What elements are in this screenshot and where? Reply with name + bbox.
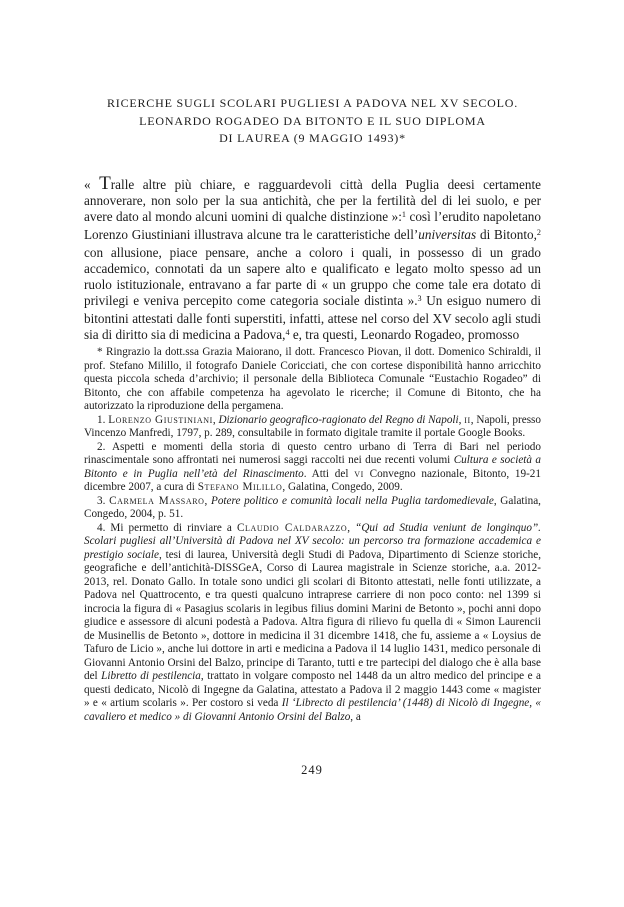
footnote-3: 3. Carmela Massaro, Potere politico e co…	[84, 495, 541, 522]
article-title-line-1: RICERCHE SUGLI SCOLARI PUGLIESI A PADOVA…	[84, 95, 541, 113]
footnote-1: 1. Lorenzo Giustiniani, Dizionario geogr…	[84, 414, 541, 441]
text-segment: 4. Mi permetto di rinviare a	[97, 522, 237, 534]
text-segment: vi	[354, 468, 364, 480]
document-page: RICERCHE SUGLI SCOLARI PUGLIESI A PADOVA…	[0, 0, 624, 907]
footnote-2: 2. Aspetti e momenti della storia di que…	[84, 441, 541, 495]
text-segment: 3	[418, 294, 422, 303]
text-segment: , a	[350, 711, 361, 723]
text-segment: universitas	[418, 227, 476, 242]
footnote-4: 4. Mi permetto di rinviare a Claudio Cal…	[84, 522, 541, 725]
text-segment: , tesi di laurea, Università degli Studi…	[84, 549, 541, 683]
text-segment: Carmela Massaro	[109, 495, 204, 507]
text-segment: «	[84, 177, 99, 192]
text-segment: 1	[402, 210, 406, 219]
text-segment: * Ringrazio la dott.ssa Grazia Maiorano,…	[84, 346, 541, 412]
article-title-line-3: DI LAUREA (9 MAGGIO 1493)*	[84, 130, 541, 148]
footnotes-block: * Ringrazio la dott.ssa Grazia Maiorano,…	[84, 346, 541, 724]
article-title: RICERCHE SUGLI SCOLARI PUGLIESI A PADOVA…	[84, 95, 541, 148]
article-title-line-2: LEONARDO ROGADEO DA BITONTO E IL SUO DIP…	[84, 113, 541, 131]
text-segment: Stefano Milillo	[198, 481, 283, 493]
text-segment: . Atti del	[304, 468, 355, 480]
footnote-asterisk: * Ringrazio la dott.ssa Grazia Maiorano,…	[84, 346, 541, 414]
page-number: 249	[0, 763, 624, 778]
text-segment: ,	[347, 522, 355, 534]
text-segment: Potere politico e comunità locali nella …	[211, 495, 494, 507]
text-segment: 4	[285, 328, 289, 337]
text-segment: Claudio Caldarazzo	[237, 522, 347, 534]
text-segment: Libretto di pestilencia	[101, 670, 201, 682]
text-segment: Dizionario geografico-ragionato del Regn…	[218, 414, 458, 426]
text-segment: e, tra questi, Leonardo Rogadeo, promoss…	[290, 327, 520, 342]
text-segment: , Galatina, Congedo, 2009.	[282, 481, 402, 493]
text-segment: T	[99, 173, 111, 194]
body-paragraph: « Tralle altre più chiare, e ragguardevo…	[84, 174, 541, 344]
text-segment: di Bitonto,	[476, 227, 537, 242]
text-segment: 3.	[97, 495, 109, 507]
text-segment: 1.	[97, 414, 108, 426]
text-segment: 2	[537, 228, 541, 237]
text-segment: Lorenzo Giustiniani	[108, 414, 213, 426]
